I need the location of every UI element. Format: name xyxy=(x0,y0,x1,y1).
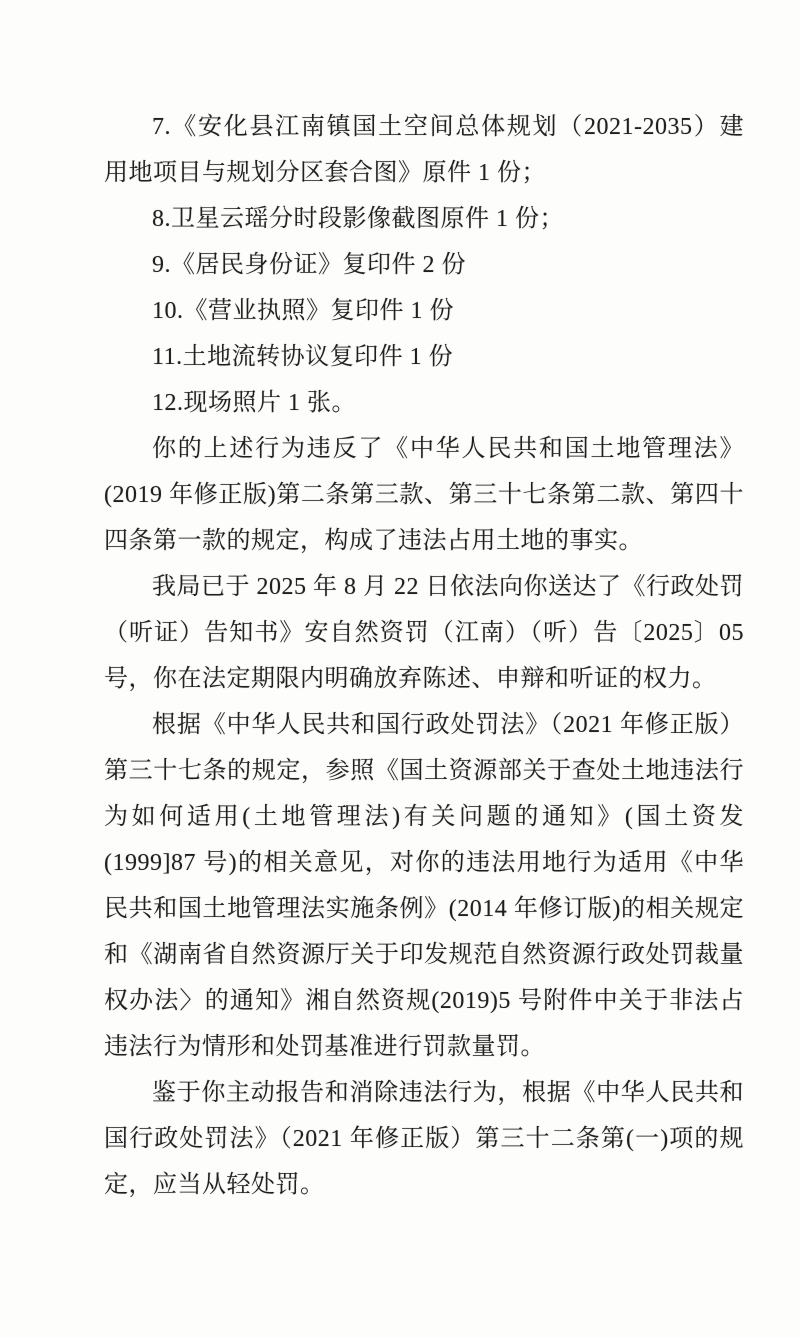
document-line: 民共和国土地管理法实施条例》(2014 年修订版)的相关规定 xyxy=(104,886,744,932)
document-line: 你的上述行为违反了《中华人民共和国土地管理法》 xyxy=(104,426,744,472)
document-line: 11.土地流转协议复印件 1 份 xyxy=(104,334,744,380)
document-line: (1999]87 号)的相关意见，对你的违法用地行为适用《中华人 xyxy=(104,840,744,886)
document-line: 10.《营业执照》复印件 1 份 xyxy=(104,288,744,334)
document-line: 为如何适用(土地管理法)有关问题的通知》(国土资发 xyxy=(104,794,744,840)
document-line: 根据《中华人民共和国行政处罚法》（2021 年修正版） xyxy=(104,702,744,748)
document-line: 7.《安化县江南镇国土空间总体规划（2021-2035）建设 xyxy=(104,104,744,150)
document-line: 四条第一款的规定，构成了违法占用土地的事实。 xyxy=(104,518,744,564)
document-line: （听证）告知书》安自然资罚（江南）（听）告〔2025〕05 xyxy=(104,610,744,656)
document-line: 第三十七条的规定，参照《国土资源部关于查处土地违法行 xyxy=(104,748,744,794)
document-line: 鉴于你主动报告和消除违法行为，根据《中华人民共和 xyxy=(104,1070,744,1116)
document-page: 7.《安化县江南镇国土空间总体规划（2021-2035）建设 用地项目与规划分区… xyxy=(0,0,800,1338)
document-line: 12.现场照片 1 张。 xyxy=(104,380,744,426)
document-line: 国行政处罚法》（2021 年修正版）第三十二条第(一)项的规 xyxy=(104,1116,744,1162)
document-line: 我局已于 2025 年 8 月 22 日依法向你送达了《行政处罚 xyxy=(104,564,744,610)
document-line: 号，你在法定期限内明确放弃陈述、申辩和听证的权力。 xyxy=(104,656,744,702)
document-line: 9.《居民身份证》复印件 2 份 xyxy=(104,242,744,288)
document-line: 用地项目与规划分区套合图》原件 1 份； xyxy=(104,150,744,196)
document-line: 和《湖南省自然资源厅关于印发规范自然资源行政处罚裁量 xyxy=(104,932,744,978)
document-line: 定，应当从轻处罚。 xyxy=(104,1162,744,1208)
document-line: (2019 年修正版)第二条第三款、第三十七条第二款、第四十 xyxy=(104,472,744,518)
document-line: 8.卫星云瑶分时段影像截图原件 1 份； xyxy=(104,196,744,242)
document-line: 权办法〉的通知》湘自然资规(2019)5 号附件中关于非法占地 xyxy=(104,978,744,1024)
document-line: 违法行为情形和处罚基准进行罚款量罚。 xyxy=(104,1024,744,1070)
